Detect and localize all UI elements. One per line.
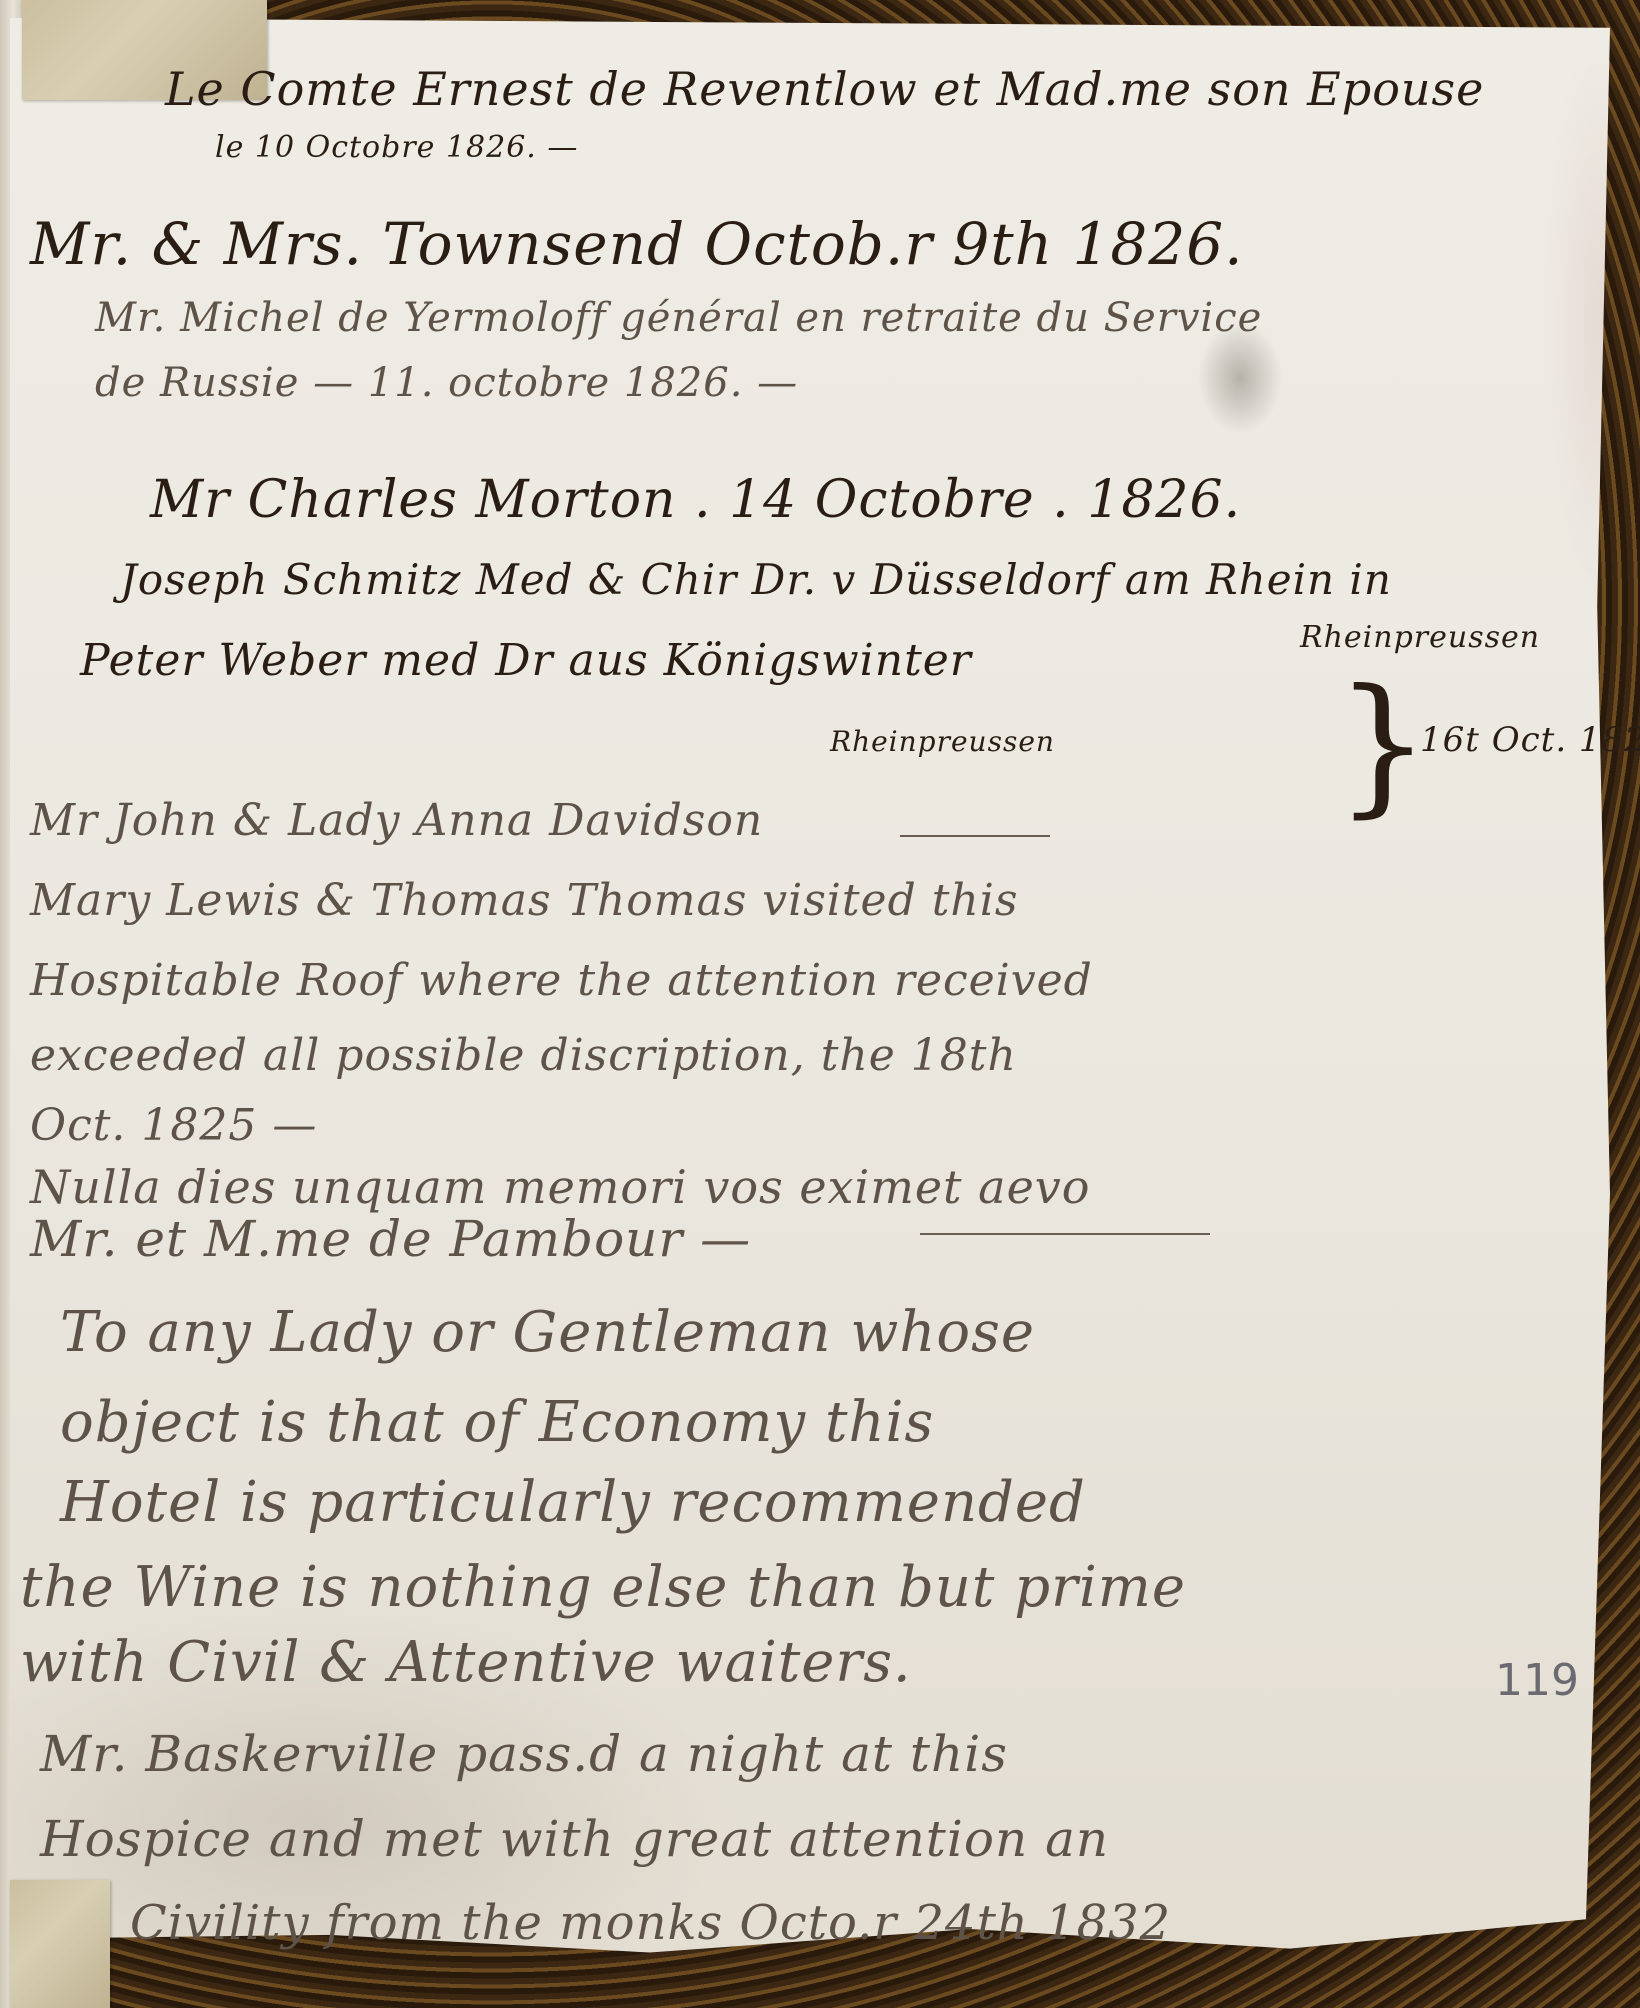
entry-8-rule	[920, 1233, 1210, 1235]
entry-5-line-2: Peter Weber med Dr aus Königswinter	[80, 635, 972, 686]
entry-9-line-5: with Civil & Attentive waiters.	[20, 1630, 912, 1695]
entry-6-line-2: Mary Lewis & Thomas Thomas visited this	[30, 875, 1018, 926]
paper-tab-bottom	[10, 1880, 110, 2008]
entry-9-line-3: Hotel is particularly recommended	[60, 1470, 1086, 1535]
entry-6-line-4: exceeded all possible discription, the 1…	[30, 1030, 1017, 1081]
entry-8-line-1: Mr. et M.me de Pambour —	[30, 1210, 751, 1268]
entry-1-line-1: Le Comte Ernest de Reventlow et Mad.me s…	[165, 62, 1484, 116]
entry-9-line-4: the Wine is nothing else than but prime	[20, 1555, 1186, 1620]
entry-5-line-1: Joseph Schmitz Med & Chir Dr. v Düsseldo…	[120, 555, 1392, 604]
entry-3-line-1: Mr. Michel de Yermoloff général en retra…	[95, 295, 1262, 341]
entry-4-line-1: Mr Charles Morton . 14 Octobre . 1826.	[150, 470, 1241, 530]
entry-5-line-4: Rheinpreussen	[830, 725, 1055, 758]
entry-9-line-1: To any Lady or Gentleman whose	[60, 1300, 1035, 1365]
entry-6-line-3: Hospitable Roof where the attention rece…	[30, 955, 1093, 1006]
folio-number: 119	[1495, 1655, 1579, 1706]
entry-10-line-1: Mr. Baskerville pass.d a night at this	[40, 1725, 1008, 1783]
entry-10-line-3: Civility from the monks Octo.r 24th 1832	[130, 1895, 1171, 1951]
entry-6-line-1: Mr John & Lady Anna Davidson	[30, 795, 763, 846]
entry-2-line-1: Mr. & Mrs. Townsend Octob.r 9th 1826.	[30, 210, 1244, 278]
entry-5-line-3: Rheinpreussen	[1300, 620, 1540, 655]
entry-1-line-2: le 10 Octobre 1826. —	[215, 130, 578, 165]
entry-9-line-2: object is that of Economy this	[60, 1390, 934, 1455]
entry-5-bracket-date: 16t Oct. 182	[1420, 720, 1640, 760]
entry-6-rule	[900, 835, 1050, 837]
bracket-brace: }	[1335, 670, 1430, 820]
entry-10-line-2: Hospice and met with great attention an	[40, 1810, 1109, 1868]
entry-7-line-1: Nulla dies unquam memori vos eximet aevo	[30, 1160, 1091, 1214]
entry-3-line-2: de Russie — 11. octobre 1826. —	[95, 360, 798, 406]
entry-6-line-5: Oct. 1825 —	[30, 1100, 317, 1151]
